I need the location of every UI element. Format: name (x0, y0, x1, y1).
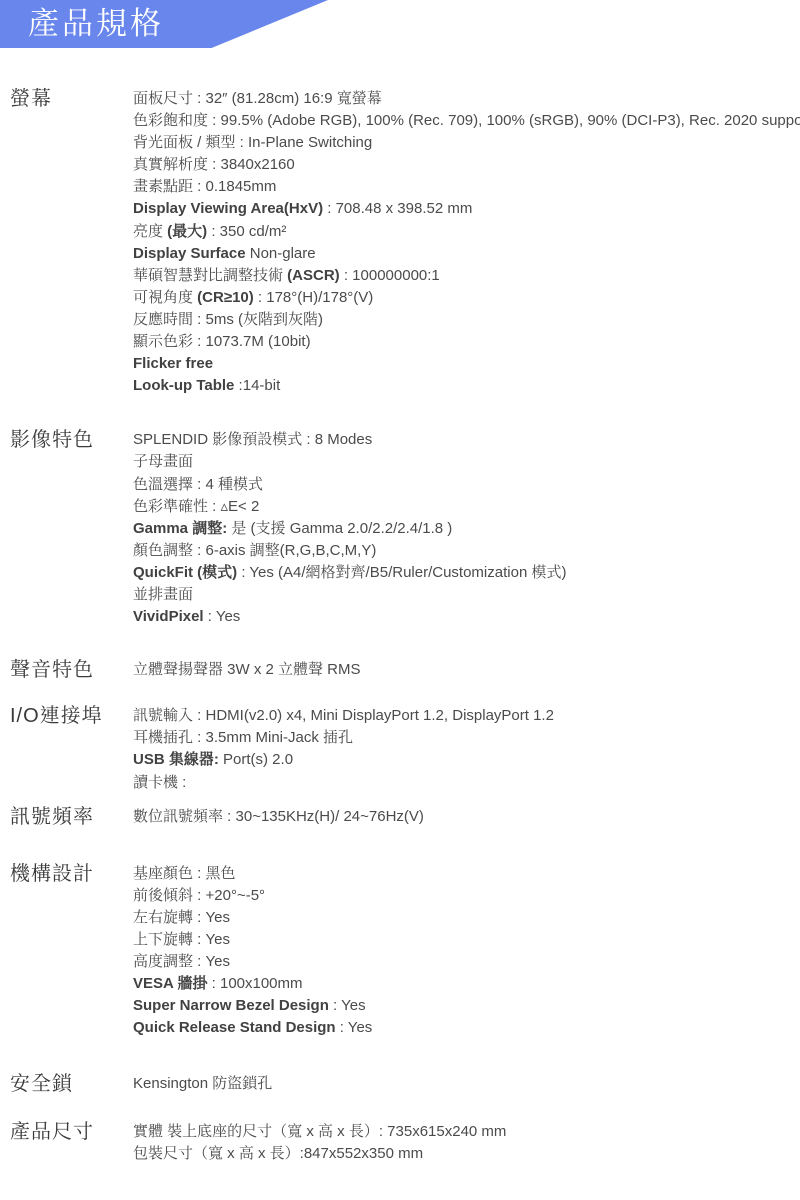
spec-line-segment: : Yes (336, 1019, 373, 1036)
spec-line-segment: 色溫選擇 : 4 種模式 (133, 476, 263, 493)
spec-line-segment: 顏色調整 : 6-axis 調整(R,G,B,C,M,Y) (133, 542, 376, 559)
spec-line: 立體聲揚聲器 3W x 2 立體聲 RMS (133, 659, 800, 681)
spec-line-segment: : Yes (329, 997, 366, 1014)
spec-line-segment: 高度調整 : Yes (133, 953, 230, 970)
spec-line-bold-segment: (CR≥10) (197, 289, 254, 306)
spec-line: 子母畫面 (133, 451, 800, 473)
spec-line-bold-segment: (最大) (167, 223, 207, 240)
spec-line: VESA 牆掛 : 100x100mm (133, 973, 800, 995)
spec-line-segment: 反應時間 : 5ms (灰階到灰階) (133, 311, 323, 328)
spec-line-segment: : 100000000:1 (340, 267, 440, 284)
spec-line: Quick Release Stand Design : Yes (133, 1017, 800, 1039)
spec-line-segment: : 350 cd/m² (207, 223, 286, 240)
spec-line: Super Narrow Bezel Design : Yes (133, 995, 800, 1017)
spec-line-segment: Port(s) 2.0 (219, 751, 293, 768)
spec-line-bold-segment: USB 集線器: (133, 751, 219, 768)
spec-line-bold-segment: Look-up Table (133, 377, 234, 394)
spec-section: 影像特色SPLENDID 影像預設模式 : 8 Modes子母畫面色溫選擇 : … (10, 429, 800, 628)
spec-line-segment: 基座顏色 : 黑色 (133, 865, 236, 882)
spec-line-bold-segment: (ASCR) (287, 267, 340, 284)
spec-line-segment: 上下旋轉 : Yes (133, 931, 230, 948)
spec-section: 螢幕面板尺寸 : 32″ (81.28cm) 16:9 寬螢幕色彩飽和度 : 9… (10, 88, 800, 397)
spec-line: 顯示色彩 : 1073.7M (10bit) (133, 331, 800, 353)
spec-table: 螢幕面板尺寸 : 32″ (81.28cm) 16:9 寬螢幕色彩飽和度 : 9… (0, 88, 800, 1165)
spec-line: Kensington 防盜鎖孔 (133, 1073, 800, 1095)
page-title: 產品規格 (28, 0, 164, 48)
spec-line: USB 集線器: Port(s) 2.0 (133, 749, 800, 771)
spec-section: 機構設計基座顏色 : 黑色前後傾斜 : +20°~-5°左右旋轉 : Yes上下… (10, 863, 800, 1040)
spec-line: VividPixel : Yes (133, 606, 800, 628)
spec-line-bold-segment: VESA 牆掛 (133, 975, 207, 992)
spec-line-bold-segment: Super Narrow Bezel Design (133, 997, 329, 1014)
spec-line-segment: Non-glare (246, 245, 316, 262)
page-title-banner: 產品規格 (0, 0, 328, 48)
spec-line-segment: 並排畫面 (133, 586, 193, 603)
spec-line-segment: Kensington 防盜鎖孔 (133, 1075, 272, 1092)
spec-line: 上下旋轉 : Yes (133, 929, 800, 951)
spec-line: Flicker free (133, 353, 800, 375)
spec-line: 真實解析度 : 3840x2160 (133, 154, 800, 176)
spec-line-segment: 是 (支援 Gamma 2.0/2.2/2.4/1.8 ) (227, 520, 452, 537)
spec-line: 色彩準確性 : ▵E< 2 (133, 496, 800, 518)
spec-line: 左右旋轉 : Yes (133, 907, 800, 929)
section-label: 機構設計 (10, 863, 133, 885)
spec-line: Display Viewing Area(HxV) : 708.48 x 398… (133, 198, 800, 220)
spec-section: 聲音特色立體聲揚聲器 3W x 2 立體聲 RMS (10, 659, 800, 681)
spec-line: 背光面板 / 類型 : In-Plane Switching (133, 132, 800, 154)
spec-line-segment: 顯示色彩 : 1073.7M (10bit) (133, 333, 311, 350)
spec-line-segment: :14-bit (234, 377, 280, 394)
spec-line-bold-segment: Display Surface (133, 245, 246, 262)
section-content: 訊號輸入 : HDMI(v2.0) x4, Mini DisplayPort 1… (133, 705, 800, 793)
section-label: 影像特色 (10, 429, 133, 451)
spec-line-segment: 畫素點距 : 0.1845mm (133, 178, 276, 195)
spec-line: 訊號輸入 : HDMI(v2.0) x4, Mini DisplayPort 1… (133, 705, 800, 727)
spec-line: 包裝尺寸（寬 x 高 x 長）:847x552x350 mm (133, 1143, 800, 1165)
spec-line: 耳機插孔 : 3.5mm Mini-Jack 插孔 (133, 727, 800, 749)
spec-line-segment: : 178°(H)/178°(V) (254, 289, 374, 306)
spec-line: QuickFit (模式) : Yes (A4/網格對齊/B5/Ruler/Cu… (133, 562, 800, 584)
spec-line: 色彩飽和度 : 99.5% (Adobe RGB), 100% (Rec. 70… (133, 110, 800, 132)
spec-line: Display Surface Non-glare (133, 243, 800, 265)
spec-section: 安全鎖Kensington 防盜鎖孔 (10, 1073, 800, 1095)
spec-line: SPLENDID 影像預設模式 : 8 Modes (133, 429, 800, 451)
spec-line: 基座顏色 : 黑色 (133, 863, 800, 885)
spec-line-segment: 華碩智慧對比調整技術 (133, 267, 287, 284)
section-label: 產品尺寸 (10, 1121, 133, 1143)
section-content: 數位訊號頻率 : 30~135KHz(H)/ 24~76Hz(V) (133, 806, 800, 828)
spec-line: 面板尺寸 : 32″ (81.28cm) 16:9 寬螢幕 (133, 88, 800, 110)
section-label: I/O連接埠 (10, 705, 133, 727)
spec-line: 前後傾斜 : +20°~-5° (133, 885, 800, 907)
spec-line-segment: 實體 裝上底座的尺寸（寬 x 高 x 長）: 735x615x240 mm (133, 1123, 506, 1140)
spec-line-segment: : Yes (204, 608, 241, 625)
spec-line-segment: 色彩準確性 : ▵E< 2 (133, 498, 259, 515)
spec-line-segment: : 100x100mm (207, 975, 302, 992)
spec-section: I/O連接埠訊號輸入 : HDMI(v2.0) x4, Mini Display… (10, 705, 800, 793)
spec-line-bold-segment: Quick Release Stand Design (133, 1019, 336, 1036)
section-content: SPLENDID 影像預設模式 : 8 Modes子母畫面色溫選擇 : 4 種模… (133, 429, 800, 628)
spec-section: 訊號頻率數位訊號頻率 : 30~135KHz(H)/ 24~76Hz(V) (10, 806, 800, 828)
spec-line-segment: 子母畫面 (133, 453, 193, 470)
spec-line-segment: 數位訊號頻率 : 30~135KHz(H)/ 24~76Hz(V) (133, 808, 424, 825)
spec-line-segment: 可視角度 (133, 289, 197, 306)
section-content: Kensington 防盜鎖孔 (133, 1073, 800, 1095)
spec-line-bold-segment: Gamma 調整: (133, 520, 227, 537)
section-content: 基座顏色 : 黑色前後傾斜 : +20°~-5°左右旋轉 : Yes上下旋轉 :… (133, 863, 800, 1040)
spec-line-segment: 背光面板 / 類型 : In-Plane Switching (133, 134, 372, 151)
spec-line: 可視角度 (CR≥10) : 178°(H)/178°(V) (133, 287, 800, 309)
section-label: 聲音特色 (10, 659, 133, 681)
spec-line-segment: 讀卡機 : (133, 774, 186, 791)
spec-line-bold-segment: Display Viewing Area(HxV) (133, 200, 323, 217)
spec-line: 反應時間 : 5ms (灰階到灰階) (133, 309, 800, 331)
spec-line: 華碩智慧對比調整技術 (ASCR) : 100000000:1 (133, 265, 800, 287)
spec-line: 顏色調整 : 6-axis 調整(R,G,B,C,M,Y) (133, 540, 800, 562)
spec-line: Look-up Table :14-bit (133, 375, 800, 397)
section-label: 螢幕 (10, 88, 133, 110)
spec-line: Gamma 調整: 是 (支援 Gamma 2.0/2.2/2.4/1.8 ) (133, 518, 800, 540)
spec-line: 並排畫面 (133, 584, 800, 606)
section-label: 安全鎖 (10, 1073, 133, 1095)
spec-line-segment: 真實解析度 : 3840x2160 (133, 156, 295, 173)
spec-line: 亮度 (最大) : 350 cd/m² (133, 221, 800, 243)
spec-line-segment: SPLENDID 影像預設模式 : 8 Modes (133, 431, 372, 448)
spec-line-segment: 前後傾斜 : +20°~-5° (133, 887, 265, 904)
spec-line-segment: 面板尺寸 : 32″ (81.28cm) 16:9 寬螢幕 (133, 90, 382, 107)
spec-line: 數位訊號頻率 : 30~135KHz(H)/ 24~76Hz(V) (133, 806, 800, 828)
spec-line-segment: 包裝尺寸（寬 x 高 x 長）:847x552x350 mm (133, 1145, 423, 1162)
section-content: 實體 裝上底座的尺寸（寬 x 高 x 長）: 735x615x240 mm包裝尺… (133, 1121, 800, 1165)
spec-line: 畫素點距 : 0.1845mm (133, 176, 800, 198)
spec-line: 實體 裝上底座的尺寸（寬 x 高 x 長）: 735x615x240 mm (133, 1121, 800, 1143)
spec-line-segment: 色彩飽和度 : 99.5% (Adobe RGB), 100% (Rec. 70… (133, 112, 800, 129)
section-content: 面板尺寸 : 32″ (81.28cm) 16:9 寬螢幕色彩飽和度 : 99.… (133, 88, 800, 397)
spec-line-segment: : 708.48 x 398.52 mm (323, 200, 472, 217)
section-content: 立體聲揚聲器 3W x 2 立體聲 RMS (133, 659, 800, 681)
spec-line-segment: : Yes (A4/網格對齊/B5/Ruler/Customization 模式… (237, 564, 566, 581)
spec-line: 色溫選擇 : 4 種模式 (133, 474, 800, 496)
spec-line-bold-segment: Flicker free (133, 355, 213, 372)
spec-line-segment: 亮度 (133, 223, 167, 240)
spec-line: 高度調整 : Yes (133, 951, 800, 973)
section-label: 訊號頻率 (10, 806, 133, 828)
spec-line-segment: 訊號輸入 : HDMI(v2.0) x4, Mini DisplayPort 1… (133, 707, 554, 724)
spec-line-segment: 左右旋轉 : Yes (133, 909, 230, 926)
spec-line-bold-segment: QuickFit (模式) (133, 564, 237, 581)
spec-line-segment: 耳機插孔 : 3.5mm Mini-Jack 插孔 (133, 729, 353, 746)
spec-line-bold-segment: VividPixel (133, 608, 204, 625)
spec-line: 讀卡機 : (133, 772, 800, 794)
spec-line-segment: 立體聲揚聲器 3W x 2 立體聲 RMS (133, 661, 361, 678)
spec-section: 產品尺寸實體 裝上底座的尺寸（寬 x 高 x 長）: 735x615x240 m… (10, 1121, 800, 1165)
